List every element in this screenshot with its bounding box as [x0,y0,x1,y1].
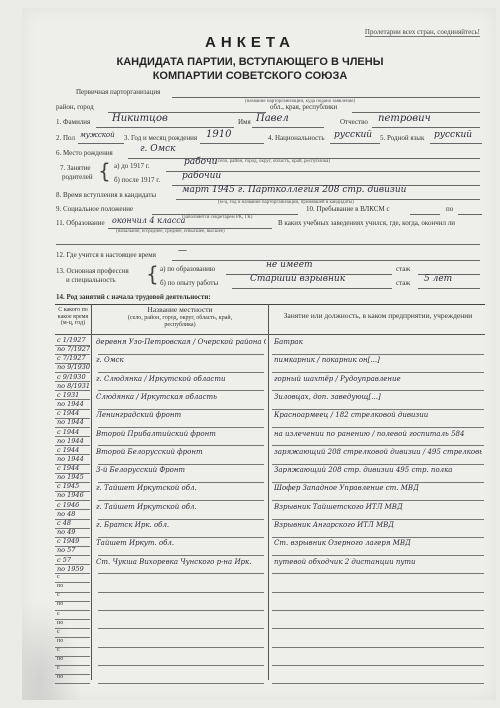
row-divider-position[interactable] [272,665,484,666]
row-divider-place[interactable] [98,390,264,391]
birth-field[interactable] [200,143,264,144]
row-divider-position[interactable] [272,427,484,428]
row-divider-place[interactable] [98,665,264,666]
name-field[interactable] [252,127,324,128]
native-language-field[interactable] [430,143,482,144]
col-divider-2 [268,304,269,680]
place-value: Слюдянка / Иркутская область [96,393,266,401]
col-header-place: Название местности [92,307,268,314]
date-from: с 7/1927 [57,354,91,362]
patronymic-label: Отчество [340,118,368,126]
place-value: г. Тайшет Иркутской обл. [96,503,266,511]
position-value: на излечении по ранению / полевой госпит… [274,430,482,438]
native-language-label: 5. Родной язык [380,134,424,142]
position-value: Красноармеец / 182 стрелковой дивизии [274,411,482,419]
name-label: Имя [238,118,251,126]
date-from: с 48 [57,519,91,527]
row-divider-position[interactable] [272,647,484,648]
row-divider-position[interactable] [272,592,484,593]
form-subtitle-2: КОМПАРТИИ СОВЕТСКОГО СОЮЗА [0,70,500,82]
date-from: с 1944 [57,428,91,436]
date-from: с 57 [57,556,91,564]
date-to: по 57 [57,546,91,554]
parents-after-label: б) после 1917 г. [114,176,160,184]
row-divider-position[interactable] [272,537,484,538]
position-value: горный шахтёр / Рудоуправление [274,375,482,383]
row-divider-place[interactable] [98,482,264,483]
education-details-field[interactable] [56,244,480,245]
row-divider-position[interactable] [272,372,484,373]
primary-org-field[interactable] [172,97,480,98]
patronymic-value: петрович [378,113,431,124]
work-history-title: 14. Род занятий с начала трудовой деятел… [56,293,211,301]
position-value: путевой обходчик 2 дистанции пути [274,558,482,566]
komsomol-to-field[interactable] [458,214,482,215]
date-to: по 48 [57,510,91,518]
social-status-hint: (заполняется секретарем РК, ГК) [182,215,252,220]
row-divider-place[interactable] [98,427,264,428]
row-divider-place[interactable] [98,500,264,501]
education-hint: (начальное, н/среднее, среднее, н/высшее… [116,229,225,234]
stazh-b-label: стаж [396,279,410,287]
col-header-position: Занятие или должность, в каком предприят… [280,313,476,320]
position-value: Взрывник Тайшетского ИТЛ МВД [274,503,482,511]
district-label: район, город [56,103,94,111]
profession-experience-label: б) по опыту работы [160,279,218,287]
profession-experience-field[interactable] [232,288,392,289]
date-to: по [57,656,91,662]
profession-education-label: а) по образованию [160,265,215,273]
position-value: Заряжающий 208 стр. дивизии 495 стр. пол… [274,466,482,474]
name-value: Павел [256,113,289,124]
profession-label-2: и специальность [66,276,116,284]
date-to: по 1945 [57,473,91,481]
parents-label-1: 7. Занятие [60,164,91,172]
row-divider-position[interactable] [272,500,484,501]
candidacy-value: март 1945 г. Партколлегия 208 стр. дивиз… [182,185,406,195]
date-to: по 1959 [57,565,91,573]
date-from: с 1/1927 [57,336,91,344]
surname-label: 1. Фамилия [56,118,90,126]
primary-org-label: Первичная парторганизация [76,88,160,96]
row-divider-place[interactable] [98,372,264,373]
date-from: с 1931 [57,391,91,399]
date-from: с 1949 [57,537,91,545]
date-from: с [57,592,91,598]
place-value: Ст. Чукша Вихоревка Чунского р-на Ирк. [96,558,266,566]
surname-field[interactable] [96,127,234,128]
birthplace-hint: (село, район, город, округ, область, кра… [216,159,330,164]
row-divider-position[interactable] [272,390,484,391]
studying-now-label: 12. Где учится в настоящее время [56,251,156,259]
parents-before-value: рабочи [184,157,217,167]
sex-label: 2. Пол [56,134,75,142]
row-divider-position[interactable] [272,519,484,520]
date-from: с 1944 [57,464,91,472]
education-value: окончил 4 класса [112,216,185,225]
date-to: по 49 [57,528,91,536]
date-from: с [57,611,91,617]
date-to: по 1944 [57,400,91,408]
studying-now-field[interactable] [172,260,480,261]
date-to: по [57,638,91,644]
position-value: пимкарник / покарник он[...] [274,356,482,364]
place-value: г. Слюдянка / Иркутской области [96,375,266,383]
date-to: по [57,620,91,626]
col-header-dates: С какого по какое время (м-ц, год) [55,307,91,327]
date-to: по 1944 [57,418,91,426]
date-from: с 1944 [57,409,91,417]
row-divider-place[interactable] [98,464,264,465]
date-to: по [57,601,91,607]
place-value: Второй Прибалтийский фронт [96,430,266,438]
parents-label-2: родителей [62,173,93,181]
date-to: по 8/1931 [57,382,91,390]
row-divider-place[interactable] [98,592,264,593]
row-divider-place[interactable] [98,445,264,446]
row-divider-place[interactable] [98,519,264,520]
profession-label-1: 13. Основная профессия [56,267,129,275]
place-value: г. Братск Ирк. обл. [96,521,266,529]
table-top-border [55,304,485,305]
sex-field[interactable] [78,143,124,144]
nationality-value: русский [334,130,372,140]
row-divider-place[interactable] [98,537,264,538]
date-to: по 1946 [57,491,91,499]
native-language-value: русский [434,130,472,140]
row-divider-place[interactable] [98,683,264,684]
date-from: с [57,574,91,580]
birth-label: 3. Год и месяц рождения [124,134,197,142]
birthplace-value: г. Омск [140,144,176,154]
brace-icon: { [98,161,111,181]
row-divider-place[interactable] [98,555,264,556]
date-from: с 1945 [57,482,91,490]
row-divider-position[interactable] [272,683,484,684]
place-value: г. Омск [96,356,266,364]
patronymic-field[interactable] [372,127,480,128]
date-to: по [57,674,91,680]
date-to: по 9/1930 [57,363,91,371]
birthplace-label: 6. Место рождения [56,149,113,157]
position-value: Взрывник Ангарского ИТЛ МВД [274,521,482,529]
row-divider-position[interactable] [272,482,484,483]
profession-education-value: не имеет [266,260,313,270]
education-question: В каких учебных заведениях учился, где, … [278,219,455,227]
row-divider-position[interactable] [272,445,484,446]
region-label: обл., края, республики [270,103,337,111]
position-value: Зиловцах, доп. заведующ[...] [274,393,482,401]
studying-now-value: — [178,246,187,256]
candidacy-label: 8. Время вступления в кандидаты [56,191,156,199]
profession-experience-value: Старший взрывник [250,274,345,284]
row-divider-position[interactable] [272,628,484,629]
position-value: Батрак [274,338,482,346]
row-divider-place[interactable] [98,573,264,574]
komsomol-to-label: по [446,205,453,213]
form-subtitle-1: КАНДИДАТА ПАРТИИ, ВСТУПАЮЩЕГО В ЧЛЕНЫ [0,56,500,68]
birth-value: 1910 [206,129,231,140]
row-divider-dates [55,683,90,684]
col-header-place-hint: (село, район, город, округ, область, кра… [112,315,248,328]
parents-after-value: рабочий [182,171,221,181]
row-divider-place[interactable] [98,647,264,648]
form-title: АНКЕТА [0,34,500,51]
komsomol-from-field[interactable] [410,214,440,215]
surname-value: Никитцов [112,113,168,124]
row-divider-place[interactable] [98,628,264,629]
place-value: Ленинградский фронт [96,411,266,419]
place-value: г. Тайшет Иркутской обл. [96,484,266,492]
row-divider-position[interactable] [272,409,484,410]
stazh-b-value: 5 лет [424,274,452,284]
date-from: с 1946 [57,501,91,509]
place-value: Тайшет Иркут. обл. [96,539,266,547]
col-divider-1 [91,304,92,680]
date-from: с [57,629,91,635]
komsomol-label: 10. Пребывание в ВЛКСМ с [306,205,390,213]
social-status-label: 9. Социальное положение [56,205,133,213]
stazh-b-field[interactable] [418,288,480,289]
sex-value: мужской [80,131,115,139]
place-value: деревня Узо-Петровская / Очерской района… [96,338,266,346]
row-divider-position[interactable] [272,555,484,556]
nationality-label: 4. Национальность [268,134,325,142]
date-from: с [57,665,91,671]
parents-before-label: а) до 1917 г. [114,162,150,170]
date-to: по [57,583,91,589]
stazh-a-label: стаж [396,265,410,273]
place-value: 3-й Белорусский Фронт [96,466,266,474]
date-from: с 9/1930 [57,373,91,381]
row-divider-place[interactable] [98,409,264,410]
position-value: Ст. взрывник Озерного лагеря МВД [274,539,482,547]
row-divider-position[interactable] [272,610,484,611]
position-value: Шофер Западное Управление ст. МВД [274,484,482,492]
date-to: по 1944 [57,437,91,445]
position-value: заряжающий 208 стрелковой дивизии / 495 … [274,448,482,456]
row-divider-position[interactable] [272,354,484,355]
row-divider-position[interactable] [272,573,484,574]
brace-icon: { [146,264,159,284]
nationality-field[interactable] [330,143,380,144]
row-divider-place[interactable] [98,354,264,355]
row-divider-place[interactable] [98,610,264,611]
education-label: 11. Образование [56,219,105,227]
date-to: по 7/1927 [57,345,91,353]
date-from: с 1944 [57,446,91,454]
table-header-divider [55,334,485,335]
place-value: Второй Белорусский фронт [96,448,266,456]
date-from: с [57,647,91,653]
date-to: по 1944 [57,455,91,463]
row-divider-position[interactable] [272,464,484,465]
